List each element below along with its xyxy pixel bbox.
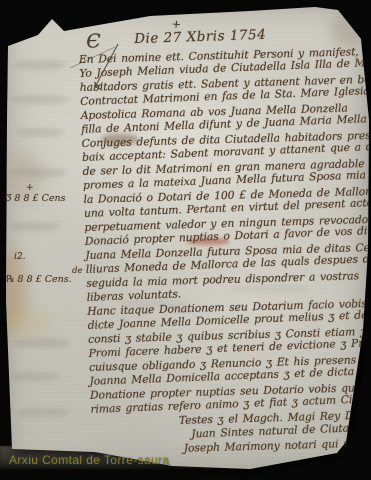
margin-annotation-1: + Ʒ 8 8 £ Cens <box>6 183 65 204</box>
bleedthrough-mark <box>10 222 60 231</box>
handwriting-layer: Є + Die 27 Xbris 1754 En Dei nomine ett.… <box>78 23 371 51</box>
archive-watermark-text: Arxiu Comtal de Torre-saura <box>9 453 170 467</box>
bleedthrough-mark <box>10 95 68 104</box>
bleedthrough-mark <box>14 338 70 348</box>
date-line: Die 27 Xbris 1754 <box>134 27 266 47</box>
paper-shadow-wrap: + Ʒ 8 8 £ Cens i2. de ℞ 8 8 £ Cens. Є + … <box>0 0 371 480</box>
photo-backdrop: + Ʒ 8 8 £ Cens i2. de ℞ 8 8 £ Cens. Є + … <box>0 0 371 480</box>
manuscript-body: En Dei nomine ett. Constituhit Personi y… <box>79 43 371 459</box>
bleedthrough-mark <box>12 168 67 177</box>
margin-note: i2. <box>14 252 25 262</box>
bleedthrough-mark <box>14 60 66 70</box>
bleedthrough-mark <box>18 408 70 417</box>
stain <box>6 308 50 338</box>
stain <box>0 250 28 332</box>
paraph-flourish-icon: Є <box>86 30 101 52</box>
bleedthrough-mark <box>16 128 64 137</box>
bleedthrough-mark <box>12 372 60 381</box>
margin-annotation-2: de ℞ 8 8 £ Cens. <box>6 274 72 285</box>
cens-annotation-text: ℞ 8 8 £ Cens. <box>6 274 72 285</box>
manuscript-paper: + Ʒ 8 8 £ Cens i2. de ℞ 8 8 £ Cens. Є + … <box>0 0 371 480</box>
cens-annotation-text: Ʒ 8 8 £ Cens <box>6 193 65 204</box>
cens-superscript: de <box>72 266 82 276</box>
cens-cross-mark: + <box>26 183 65 193</box>
